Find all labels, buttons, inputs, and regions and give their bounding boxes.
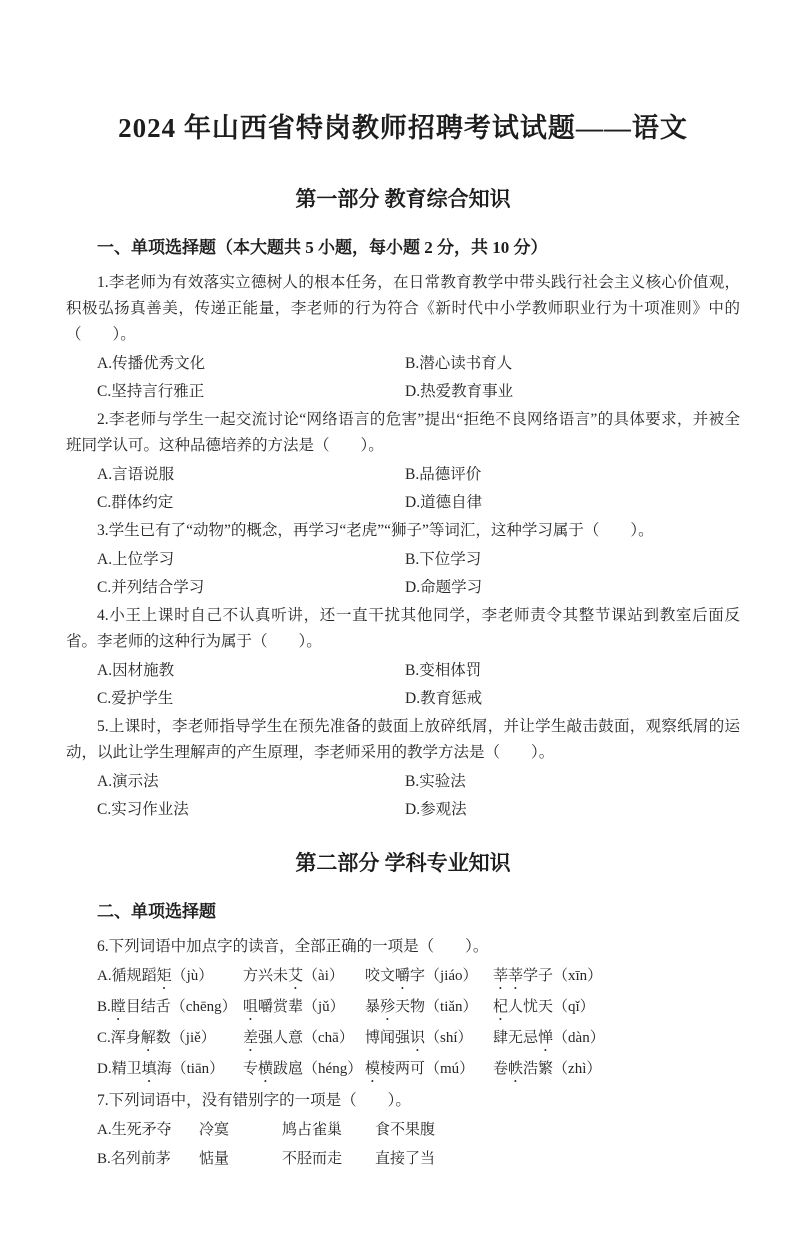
question-1-option-a: A.传播优秀文化 (97, 350, 405, 378)
phrase: 鸠占雀巢 (282, 1116, 375, 1145)
phrase: 直接了当 (375, 1145, 740, 1174)
phrase: 肆无忌惮（dàn） (493, 1024, 740, 1055)
question-5-stem: 5.上课时，李老师指导学生在预先准备的鼓面上放碎纸屑，并让学生敲击鼓面，观察纸屑… (66, 714, 740, 766)
question-1-options: A.传播优秀文化 B.潜心读书育人 C.坚持言行雅正 D.热爱教育事业 (97, 350, 740, 405)
phrase: 模棱两可（mú） (365, 1055, 493, 1086)
question-6-option-b: B.瞠目结舌（chēng） 咀嚼赏辈（jǔ） 暴殄天物（tiǎn） 杞人忧天（q… (97, 993, 740, 1024)
question-6: 6.下列词语中加点字的读音，全部正确的一项是（ ）。 A.循规蹈矩（jù） 方兴… (66, 934, 740, 1086)
part2-subheading: 二、单项选择题 (66, 897, 740, 922)
question-4-options: A.因材施教 B.变相体罚 C.爱护学生 D.教育惩戒 (97, 657, 740, 712)
question-3: 3.学生已有了“动物”的概念，再学习“老虎”“狮子”等词汇，这种学习属于（ ）。… (66, 518, 740, 601)
phrase: 咬文嚼字（jiáo） (365, 962, 493, 993)
part1-heading: 第一部分 教育综合知识 (66, 183, 740, 213)
phrase: A.生死矛夺 (97, 1116, 199, 1145)
question-4-option-a: A.因材施教 (97, 657, 405, 685)
question-5-option-a: A.演示法 (97, 768, 405, 796)
phrase: 食不果腹 (375, 1116, 740, 1145)
question-4-stem: 4.小王上课时自己不认真听讲，还一直干扰其他同学，李老师责令其整节课站到教室后面… (66, 603, 740, 655)
phrase: 惦量 (199, 1145, 282, 1174)
question-2-option-d: D.道德自律 (405, 489, 740, 517)
exam-title: 2024 年山西省特岗教师招聘考试试题——语文 (66, 106, 740, 145)
question-2-option-b: B.品德评价 (405, 461, 740, 489)
section-part1: 第一部分 教育综合知识 一、单项选择题（本大题共 5 小题，每小题 2 分，共 … (66, 183, 740, 823)
question-2-options: A.言语说服 B.品德评价 C.群体约定 D.道德自律 (97, 461, 740, 516)
section-part2: 第二部分 学科专业知识 二、单项选择题 6.下列词语中加点字的读音，全部正确的一… (66, 847, 740, 1174)
part1-subheading: 一、单项选择题（本大题共 5 小题，每小题 2 分，共 10 分） (66, 233, 740, 258)
question-6-option-a: A.循规蹈矩（jù） 方兴未艾（ài） 咬文嚼字（jiáo） 莘莘学子（xīn） (97, 962, 740, 993)
question-6-option-c: C.浑身解数（jiě） 差强人意（chā） 博闻强识（shí） 肆无忌惮（dàn… (97, 1024, 740, 1055)
question-5-option-c: C.实习作业法 (97, 796, 405, 824)
question-7-option-b: B.名列前茅 惦量 不胫而走 直接了当 (97, 1145, 740, 1174)
part2-heading: 第二部分 学科专业知识 (66, 847, 740, 877)
question-5-option-b: B.实验法 (405, 768, 740, 796)
phrase: B.瞠目结舌（chēng） (97, 993, 243, 1024)
phrase: 杞人忧天（qǐ） (493, 993, 740, 1024)
question-5-option-d: D.参观法 (405, 796, 740, 824)
question-1-option-d: D.热爱教育事业 (405, 378, 740, 406)
phrase: 博闻强识（shí） (365, 1024, 493, 1055)
question-3-option-b: B.下位学习 (405, 546, 740, 574)
exam-document-page: 2024 年山西省特岗教师招聘考试试题——语文 第一部分 教育综合知识 一、单项… (0, 0, 800, 1241)
question-1: 1.李老师为有效落实立德树人的根本任务，在日常教育教学中带头践行社会主义核心价值… (66, 270, 740, 405)
phrase: 暴殄天物（tiǎn） (365, 993, 493, 1024)
question-5: 5.上课时，李老师指导学生在预先准备的鼓面上放碎纸屑，并让学生敲击鼓面，观察纸屑… (66, 714, 740, 823)
phrase: C.浑身解数（jiě） (97, 1024, 243, 1055)
question-3-option-d: D.命题学习 (405, 574, 740, 602)
phrase: 不胫而走 (282, 1145, 375, 1174)
question-4-option-c: C.爱护学生 (97, 685, 405, 713)
question-6-options: A.循规蹈矩（jù） 方兴未艾（ài） 咬文嚼字（jiáo） 莘莘学子（xīn）… (97, 962, 740, 1086)
question-2: 2.李老师与学生一起交流讨论“网络语言的危害”提出“拒绝不良网络语言”的具体要求… (66, 407, 740, 516)
question-1-option-c: C.坚持言行雅正 (97, 378, 405, 406)
phrase: 莘莘学子（xīn） (493, 962, 740, 993)
question-3-option-a: A.上位学习 (97, 546, 405, 574)
phrase: 方兴未艾（ài） (243, 962, 365, 993)
question-3-stem: 3.学生已有了“动物”的概念，再学习“老虎”“狮子”等词汇，这种学习属于（ ）。 (66, 518, 740, 544)
question-2-option-a: A.言语说服 (97, 461, 405, 489)
phrase: 差强人意（chā） (243, 1024, 365, 1055)
question-6-option-d: D.精卫填海（tiān） 专横跋扈（héng） 模棱两可（mú） 卷帙浩繁（zh… (97, 1055, 740, 1086)
question-7-stem: 7.下列词语中，没有错别字的一项是（ ）。 (66, 1088, 740, 1114)
question-4-option-b: B.变相体罚 (405, 657, 740, 685)
question-3-options: A.上位学习 B.下位学习 C.并列结合学习 D.命题学习 (97, 546, 740, 601)
question-4-option-d: D.教育惩戒 (405, 685, 740, 713)
question-1-stem: 1.李老师为有效落实立德树人的根本任务，在日常教育教学中带头践行社会主义核心价值… (66, 270, 740, 348)
phrase: 卷帙浩繁（zhì） (493, 1055, 740, 1086)
phrase: D.精卫填海（tiān） (97, 1055, 243, 1086)
phrase: B.名列前茅 (97, 1145, 199, 1174)
question-6-stem: 6.下列词语中加点字的读音，全部正确的一项是（ ）。 (66, 934, 740, 960)
question-2-stem: 2.李老师与学生一起交流讨论“网络语言的危害”提出“拒绝不良网络语言”的具体要求… (66, 407, 740, 459)
question-7-option-a: A.生死矛夺 冷寞 鸠占雀巢 食不果腹 (97, 1116, 740, 1145)
question-2-option-c: C.群体约定 (97, 489, 405, 517)
question-5-options: A.演示法 B.实验法 C.实习作业法 D.参观法 (97, 768, 740, 823)
question-4: 4.小王上课时自己不认真听讲，还一直干扰其他同学，李老师责令其整节课站到教室后面… (66, 603, 740, 712)
phrase: 专横跋扈（héng） (243, 1055, 365, 1086)
question-3-option-c: C.并列结合学习 (97, 574, 405, 602)
question-7-options: A.生死矛夺 冷寞 鸠占雀巢 食不果腹 B.名列前茅 惦量 不胫而走 直接了当 (97, 1116, 740, 1174)
phrase: 咀嚼赏辈（jǔ） (243, 993, 365, 1024)
question-7: 7.下列词语中，没有错别字的一项是（ ）。 A.生死矛夺 冷寞 鸠占雀巢 食不果… (66, 1088, 740, 1174)
phrase: 冷寞 (199, 1116, 282, 1145)
phrase: A.循规蹈矩（jù） (97, 962, 243, 993)
question-1-option-b: B.潜心读书育人 (405, 350, 740, 378)
